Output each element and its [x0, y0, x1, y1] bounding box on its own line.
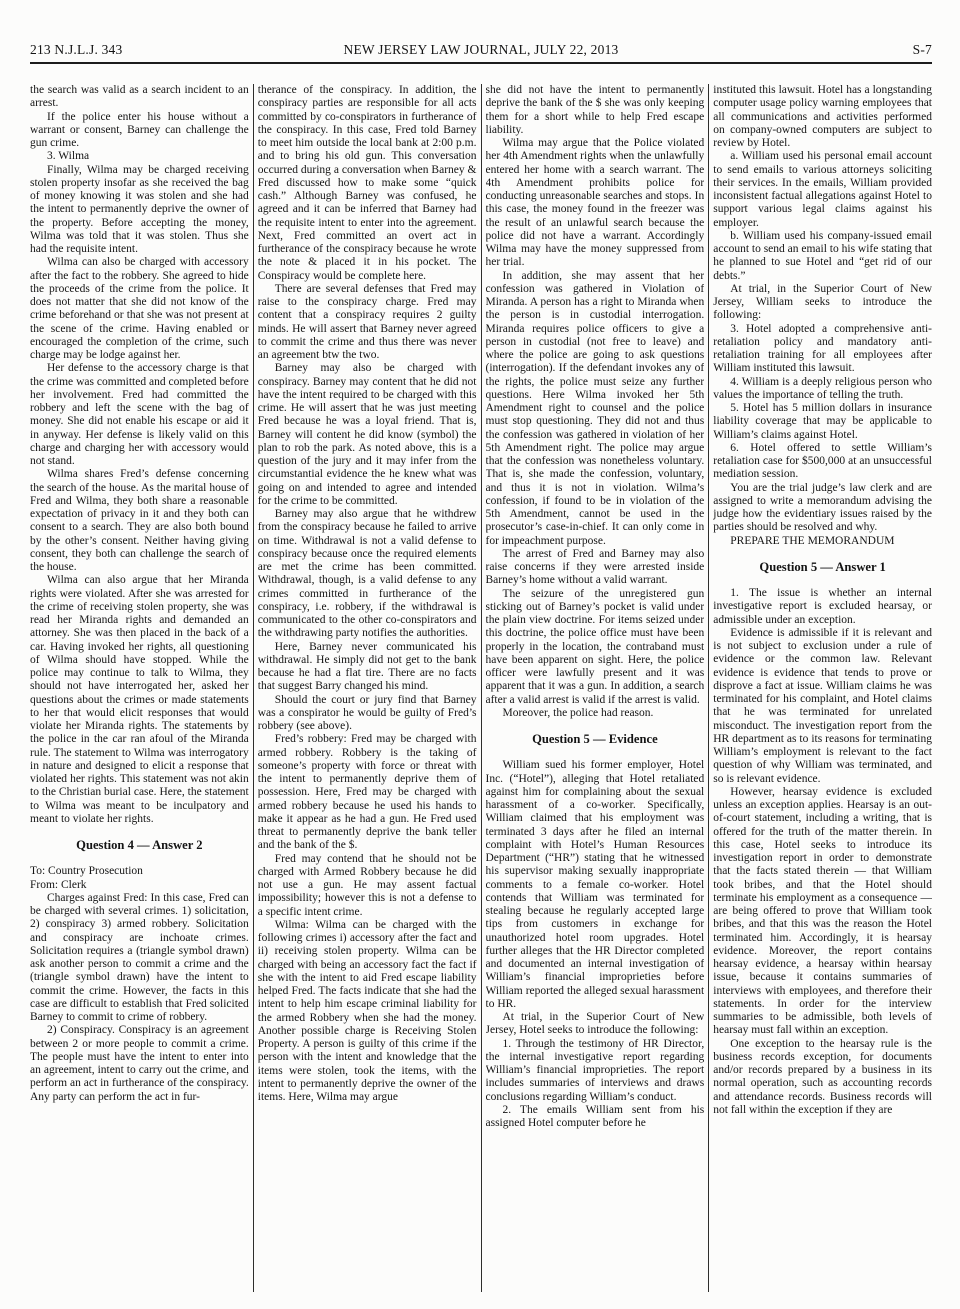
body-paragraph: Wilma can also be charged with accessory… — [30, 256, 249, 362]
column-divider-rule — [708, 84, 709, 1292]
column-divider-rule — [481, 84, 482, 1292]
body-paragraph: instituted this lawsuit. Hotel has a lon… — [713, 84, 932, 150]
body-paragraph: However, hearsay evidence is excluded un… — [713, 786, 932, 1038]
body-paragraph: 2. The emails William sent from his assi… — [486, 1104, 705, 1131]
body-paragraph: Evidence is admissible if it is relevant… — [713, 627, 932, 786]
body-paragraph: Here, Barney never communicated his with… — [258, 641, 477, 694]
body-paragraph: 3. Wilma — [30, 150, 249, 163]
body-paragraph: PREPARE THE MEMORANDUM — [713, 535, 932, 548]
body-paragraph: Wilma can also argue that her Miranda ri… — [30, 574, 249, 826]
section-heading: Question 4 — Answer 2 — [30, 839, 249, 852]
body-paragraph: Charges against Fred: In this case, Fred… — [30, 892, 249, 1025]
body-paragraph: Wilma: Wilma can be charged with the fol… — [258, 919, 477, 1105]
body-paragraph: 5. Hotel has 5 million dollars in insura… — [713, 402, 932, 442]
body-paragraph: Her defense to the accessory charge is t… — [30, 362, 249, 468]
body-paragraph: Wilma shares Fred’s defense concerning t… — [30, 468, 249, 574]
text-column-3: she did not have the intent to permanent… — [486, 84, 705, 1292]
body-paragraph: In addition, she may assent that her con… — [486, 270, 705, 548]
body-paragraph: Barney may also be charged with conspira… — [258, 362, 477, 508]
journal-title: NEW JERSEY LAW JOURNAL, JULY 22, 2013 — [256, 42, 707, 58]
body-paragraph: 2) Conspiracy. Conspiracy is an agreemen… — [30, 1024, 249, 1104]
body-paragraph: Fred may contend that he should not be c… — [258, 853, 477, 919]
text-column-2: therance of the conspiracy. In addition,… — [258, 84, 477, 1292]
newspaper-page: 213 N.J.L.J. 343 NEW JERSEY LAW JOURNAL,… — [0, 0, 960, 1309]
section-heading: Question 5 — Evidence — [486, 733, 705, 746]
body-paragraph: At trial, in the Superior Court of New J… — [486, 1011, 705, 1038]
page-number: S-7 — [707, 42, 933, 58]
body-paragraph: There are several defenses that Fred may… — [258, 283, 477, 363]
body-paragraph: Moreover, the police had reason. — [486, 707, 705, 720]
body-paragraph: Finally, Wilma may be charged receiving … — [30, 164, 249, 257]
body-paragraph: At trial, in the Superior Court of New J… — [713, 283, 932, 323]
memo-address-line: From: Clerk — [30, 879, 249, 892]
body-paragraph: therance of the conspiracy. In addition,… — [258, 84, 477, 283]
body-paragraph: William sued his former employer, Hotel … — [486, 759, 705, 1011]
body-paragraph: 6. Hotel offered to settle William’s ret… — [713, 442, 932, 482]
body-paragraph: a. William used his personal email accou… — [713, 150, 932, 230]
section-heading: Question 5 — Answer 1 — [713, 561, 932, 574]
body-paragraph: Should the court or jury find that Barne… — [258, 694, 477, 734]
memo-address-line: To: Country Prosecution — [30, 865, 249, 878]
body-paragraph: 1. The issue is whether an internal inve… — [713, 587, 932, 627]
journal-citation: 213 N.J.L.J. 343 — [30, 42, 256, 58]
body-paragraph: the search was valid as a search inciden… — [30, 84, 249, 111]
body-paragraph: 3. Hotel adopted a comprehensive anti-re… — [713, 323, 932, 376]
header-divider-rule — [30, 62, 932, 64]
body-paragraph: 4. William is a deeply religious person … — [713, 376, 932, 403]
text-column-4: instituted this lawsuit. Hotel has a lon… — [713, 84, 932, 1292]
body-paragraph: You are the trial judge’s law clerk and … — [713, 482, 932, 535]
article-columns: the search was valid as a search inciden… — [30, 84, 932, 1292]
text-column-1: the search was valid as a search inciden… — [30, 84, 249, 1292]
body-paragraph: she did not have the intent to permanent… — [486, 84, 705, 137]
body-paragraph: b. William used his company-issued email… — [713, 230, 932, 283]
page-header: 213 N.J.L.J. 343 NEW JERSEY LAW JOURNAL,… — [30, 42, 932, 58]
body-paragraph: Fred’s robbery: Fred may be charged with… — [258, 733, 477, 852]
body-paragraph: The seizure of the unregistered gun stic… — [486, 588, 705, 707]
body-paragraph: Barney may also argue that he withdrew f… — [258, 508, 477, 641]
column-divider-rule — [253, 84, 254, 1292]
body-paragraph: If the police enter his house without a … — [30, 111, 249, 151]
body-paragraph: 1. Through the testimony of HR Director,… — [486, 1038, 705, 1104]
body-paragraph: The arrest of Fred and Barney may also r… — [486, 548, 705, 588]
body-paragraph: Wilma may argue that the Police violated… — [486, 137, 705, 270]
body-paragraph: One exception to the hearsay rule is the… — [713, 1038, 932, 1118]
